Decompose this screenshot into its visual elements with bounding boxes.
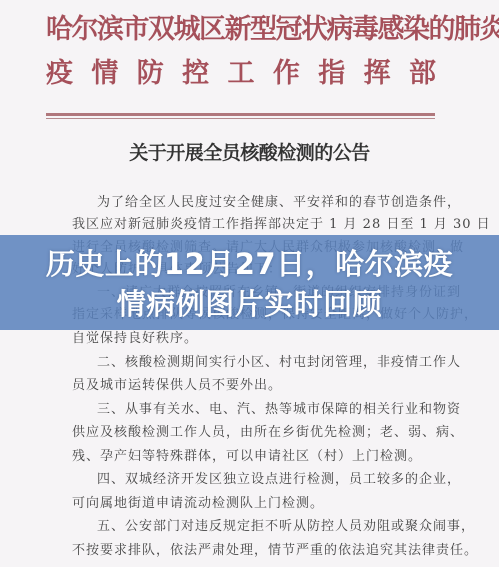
- body-line: 我区应对新冠肺炎疫情工作指挥部决定于 1 月 28 日至 1 月 30 日: [72, 217, 432, 233]
- body-line: 四、双城经济开发区独立设点进行检测，员工较多的企业，: [97, 472, 432, 488]
- body-line: 自觉保持良好秩序。: [72, 331, 432, 347]
- body-line: 为了给全区人民度过安全健康、平安祥和的春节创造条件，: [97, 195, 432, 211]
- banner-title-line1: 历史上的12月27日，哈尔滨疫: [0, 244, 499, 284]
- body-line: 五、公安部门对违反规定拒不听从防控人员劝阻或聚众闹事，: [97, 519, 432, 535]
- body-line: 二、核酸检测期间实行小区、村屯封闭管理，非疫情工作人: [97, 355, 432, 371]
- banner-title-line2: 情病例图片实时回顾: [0, 284, 499, 324]
- body-line: 可向属地街道申请流动检测队上门检测。: [72, 496, 432, 512]
- header-divider-thick: [46, 113, 435, 116]
- body-line: 不按要求排队，依法严肃处理，情节严重的依法追究其法律责任。: [72, 543, 432, 559]
- header-char: 疫: [46, 58, 73, 90]
- header-char: 情: [91, 58, 118, 90]
- notice-title: 关于开展全员核酸检测的公告: [0, 140, 499, 166]
- body-line: 三、从事有关水、电、汽、热等城市保障的相关行业和物资: [97, 402, 432, 418]
- header-char: 工: [228, 58, 255, 90]
- header-char: 防: [137, 58, 164, 90]
- body-line: 员及城市运转保供人员不要外出。: [72, 378, 432, 394]
- header-divider-thin: [46, 118, 435, 119]
- banner-title: 历史上的12月27日，哈尔滨疫 情病例图片实时回顾: [0, 244, 499, 324]
- header-char: 控: [182, 58, 209, 90]
- body-line: 残、孕产妇等特殊群体，可以申请社区（村）上门检测。: [72, 449, 432, 465]
- header-char: 挥: [364, 58, 391, 90]
- body-line: 供应及核酸检测工作人员，由所在乡街优先检测；老、弱、病、: [72, 425, 432, 441]
- issuer-header-line2: 疫 情 防 控 工 作 指 挥 部: [46, 58, 436, 90]
- header-char: 部: [409, 58, 436, 90]
- header-char: 作: [273, 58, 300, 90]
- header-char: 指: [318, 58, 345, 90]
- issuer-header-line1: 哈尔滨市双城区新型冠状病毒感染的肺炎: [46, 14, 436, 46]
